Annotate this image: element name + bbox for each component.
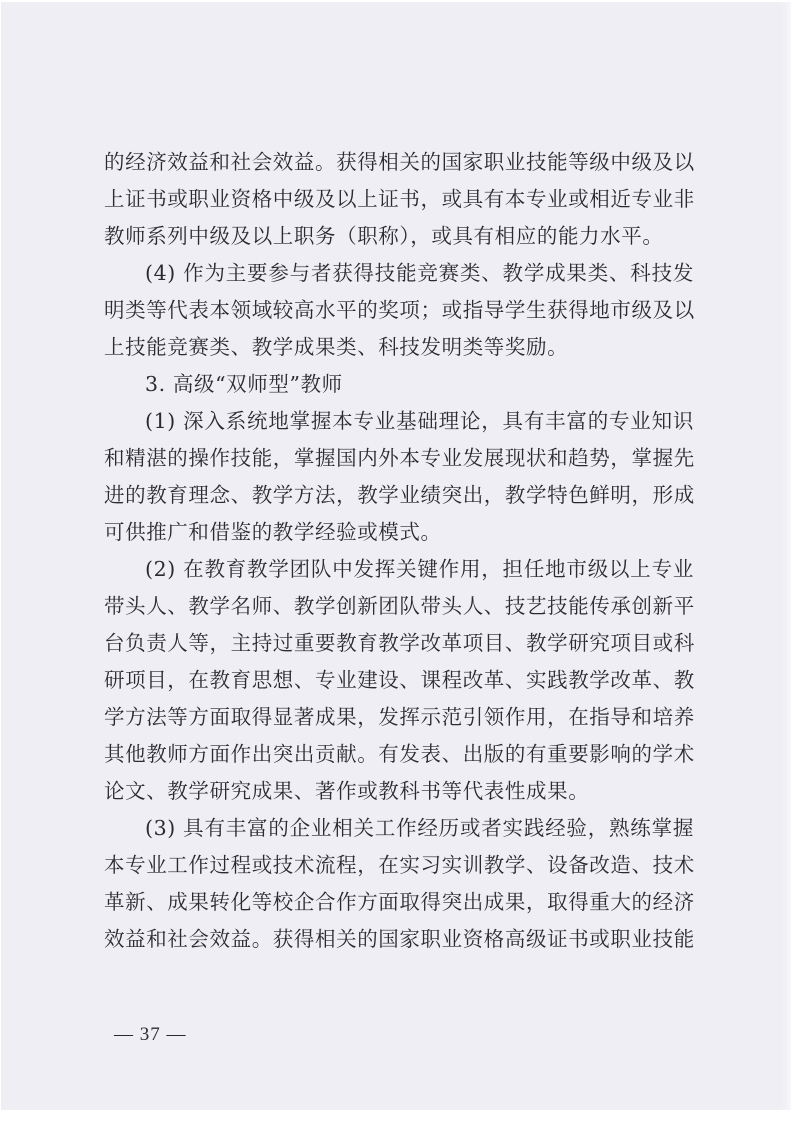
paragraph-item-3: (3) 具有丰富的企业相关工作经历或者实践经验，熟练掌握 本专业工作过程或技术流… xyxy=(104,810,694,958)
text-line: (2) 在教育教学团队中发挥关键作用，担任地市级以上专业 xyxy=(104,551,694,588)
text-line: 研项目，在教育思想、专业建设、课程改革、实践教学改革、教 xyxy=(104,662,694,699)
text-line: (1) 深入系统地掌握本专业基础理论，具有丰富的专业知识 xyxy=(104,403,694,440)
text-line: 明类等代表本领域较高水平的奖项；或指导学生获得地市级及以 xyxy=(104,292,694,329)
paragraph-item-4: (4) 作为主要参与者获得技能竞赛类、教学成果类、科技发 明类等代表本领域较高水… xyxy=(104,255,694,366)
paragraph-item-1: (1) 深入系统地掌握本专业基础理论，具有丰富的专业知识 和精湛的操作技能，掌握… xyxy=(104,403,694,551)
text-line: 革新、成果转化等校企合作方面取得突出成果，取得重大的经济 xyxy=(104,884,694,921)
text-line: (4) 作为主要参与者获得技能竞赛类、教学成果类、科技发 xyxy=(104,255,694,292)
text-line: 其他教师方面作出突出贡献。有发表、出版的有重要影响的学术 xyxy=(104,736,694,773)
text-line: 本专业工作过程或技术流程，在实习实训教学、设备改造、技术 xyxy=(104,847,694,884)
text-line: 上证书或职业资格中级及以上证书，或具有本专业或相近专业非 xyxy=(104,181,694,218)
paragraph-item-2: (2) 在教育教学团队中发挥关键作用，担任地市级以上专业 带头人、教学名师、教学… xyxy=(104,551,694,810)
text-line: 学方法等方面取得显著成果，发挥示范引领作用，在指导和培养 xyxy=(104,699,694,736)
text-line: 的经济效益和社会效益。获得相关的国家职业技能等级中级及以 xyxy=(104,144,694,181)
paragraph-continued: 的经济效益和社会效益。获得相关的国家职业技能等级中级及以 上证书或职业资格中级及… xyxy=(104,144,694,255)
text-line: 效益和社会效益。获得相关的国家职业资格高级证书或职业技能 xyxy=(104,921,694,958)
text-line: 教师系列中级及以上职务（职称），或具有相应的能力水平。 xyxy=(104,218,694,255)
section-heading-senior-dual-teacher: 3. 高级“双师型”教师 xyxy=(104,366,694,403)
text-line: 进的教育理念、教学方法，教学业绩突出，教学特色鲜明，形成 xyxy=(104,477,694,514)
section-heading: 3. 高级“双师型”教师 xyxy=(104,366,694,403)
text-line: 上技能竞赛类、教学成果类、科技发明类等奖励。 xyxy=(104,329,694,366)
text-line: (3) 具有丰富的企业相关工作经历或者实践经验，熟练掌握 xyxy=(104,810,694,847)
document-page: 的经济效益和社会效益。获得相关的国家职业技能等级中级及以 上证书或职业资格中级及… xyxy=(1,2,791,1110)
text-line: 和精湛的操作技能，掌握国内外本专业发展现状和趋势，掌握先 xyxy=(104,440,694,477)
body-text: 的经济效益和社会效益。获得相关的国家职业技能等级中级及以 上证书或职业资格中级及… xyxy=(104,144,694,958)
text-line: 台负责人等，主持过重要教育教学改革项目、教学研究项目或科 xyxy=(104,625,694,662)
text-line: 论文、教学研究成果、著作或教科书等代表性成果。 xyxy=(104,773,694,810)
text-line: 带头人、教学名师、教学创新团队带头人、技艺技能传承创新平 xyxy=(104,588,694,625)
text-line: 可供推广和借鉴的教学经验或模式。 xyxy=(104,514,694,551)
page-number: — 37 — xyxy=(114,1024,187,1046)
